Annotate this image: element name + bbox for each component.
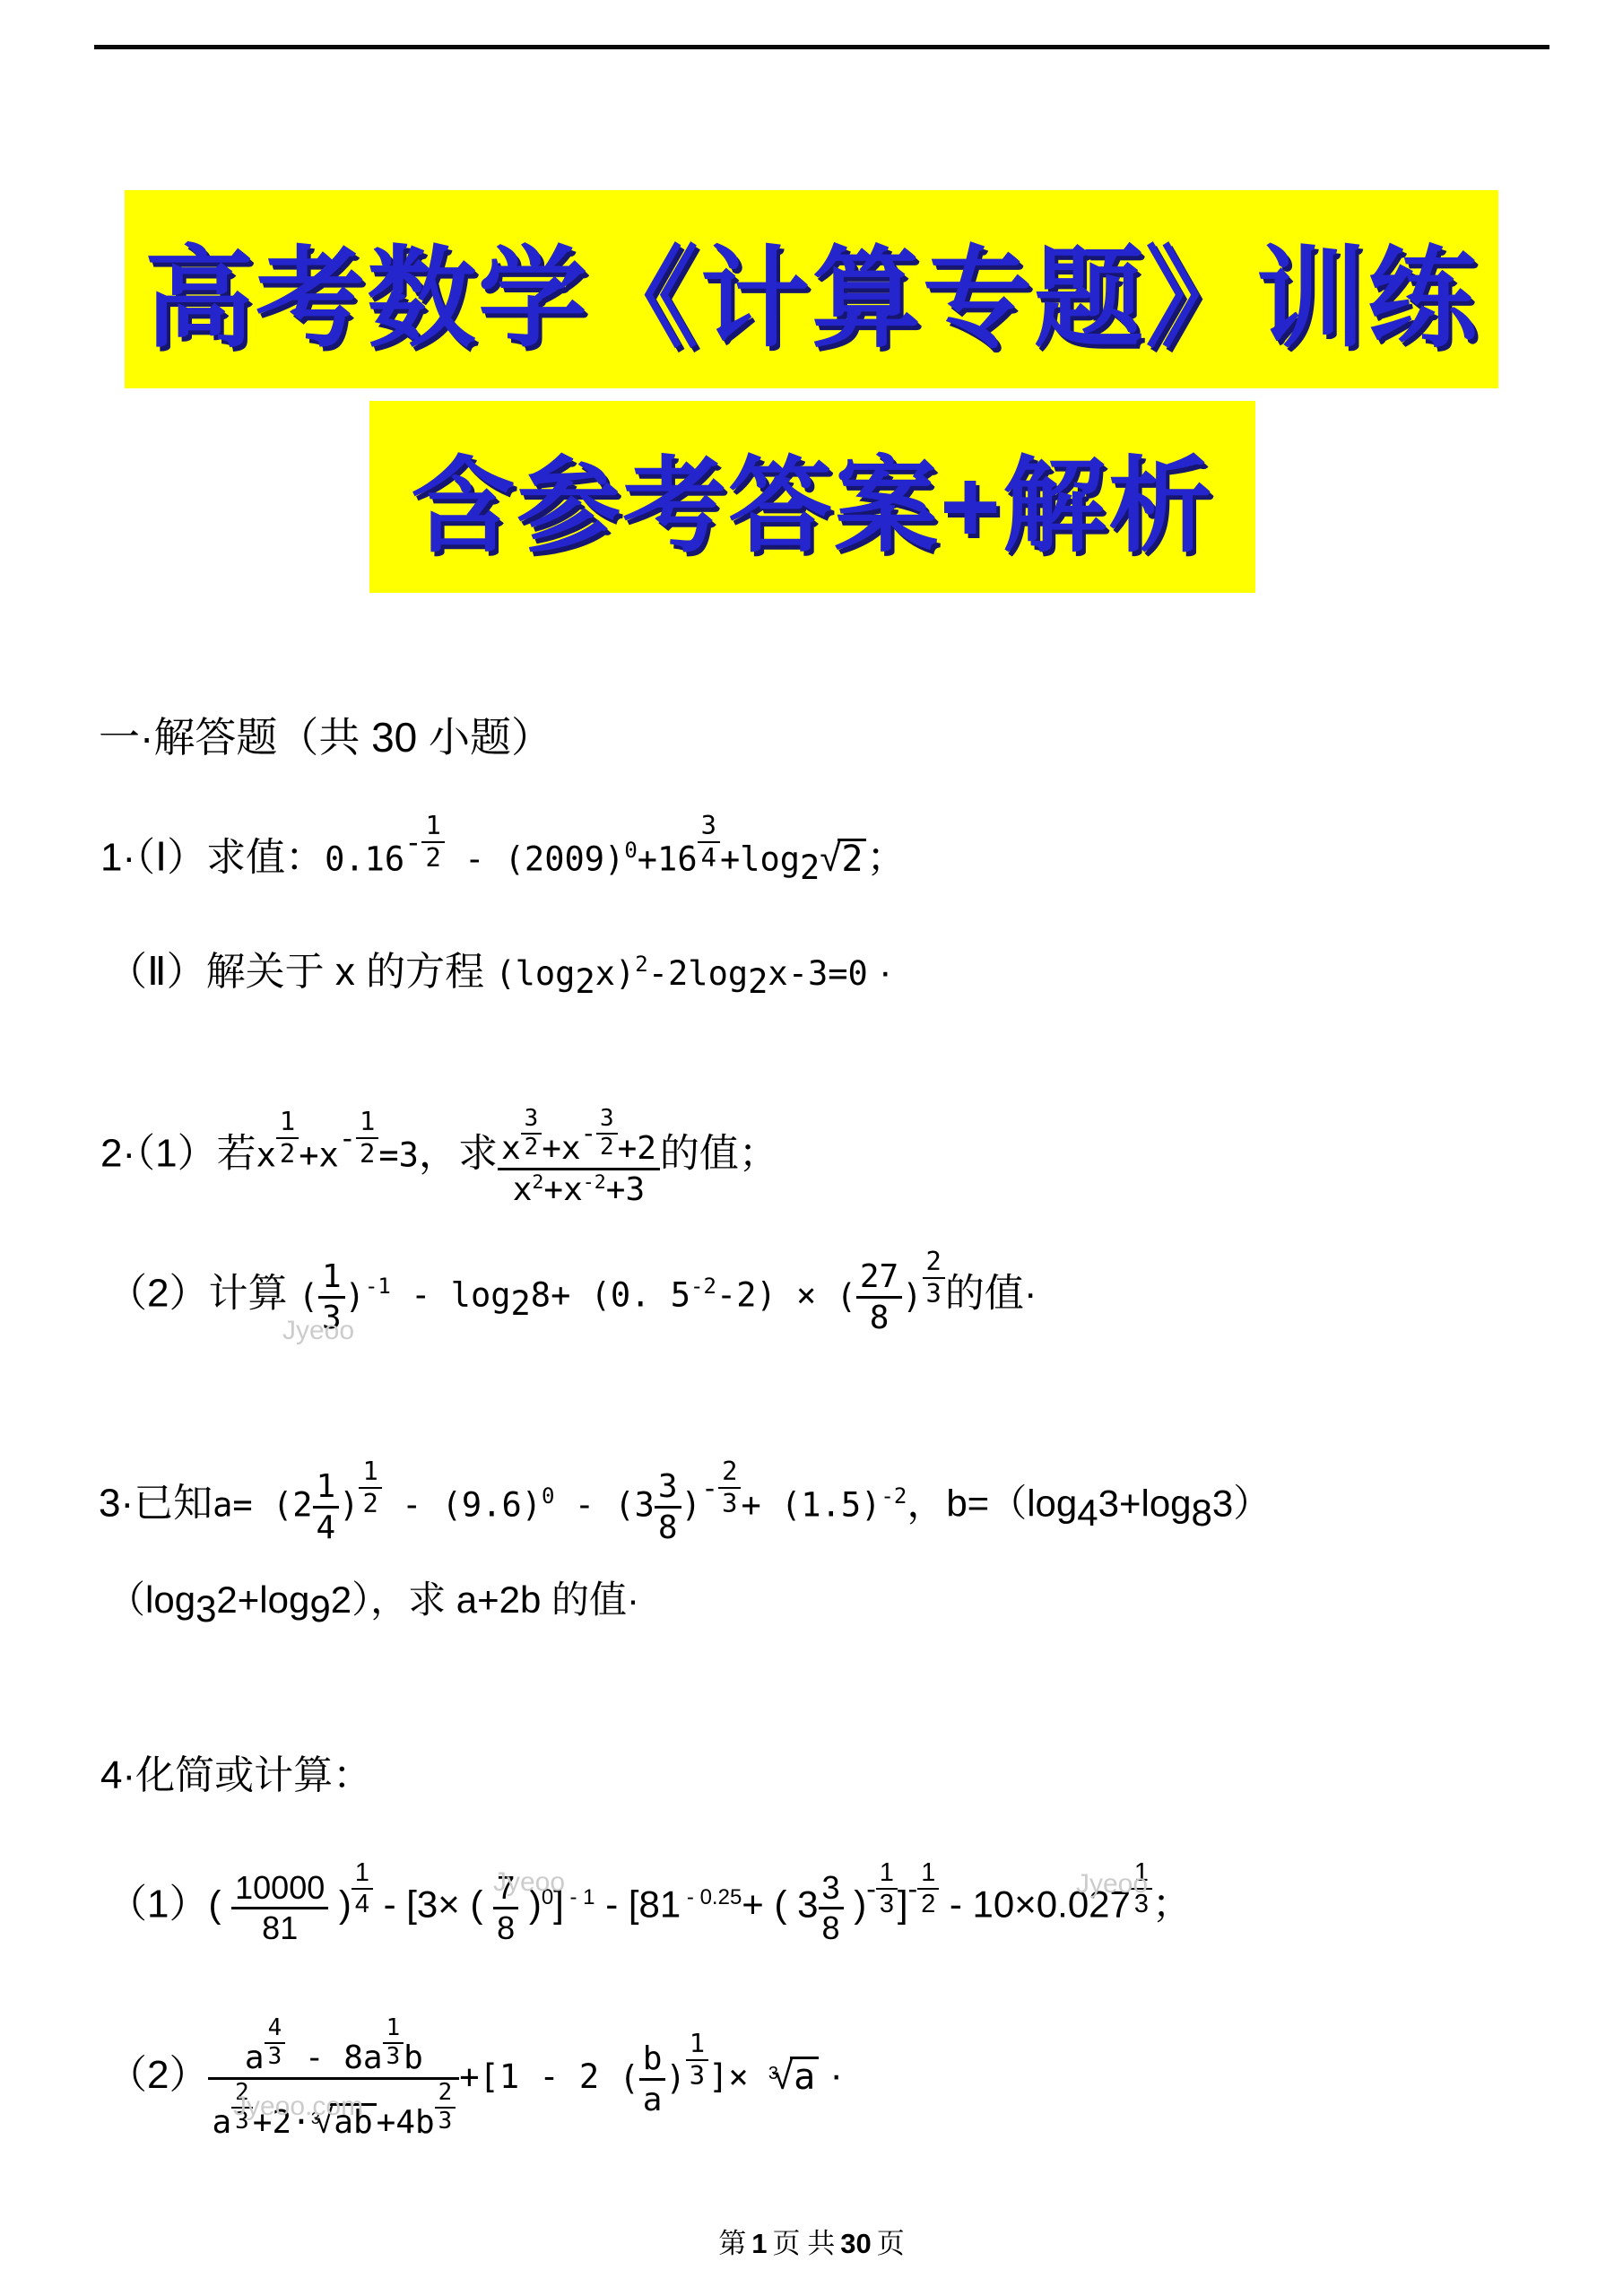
math-text: 2	[926, 1246, 942, 1276]
document-page: 高考数学《计算专题》训练 含参考答案+解析 一·解答题（共 30 小题） 1·（…	[0, 0, 1623, 2296]
fraction: 12	[917, 1858, 939, 1919]
math-text: )	[844, 1883, 867, 1926]
math-text: - 10×0.027	[939, 1883, 1131, 1926]
denominator: 2	[359, 1489, 381, 1519]
numerator: 2	[718, 1457, 741, 1489]
math-text: 1	[425, 810, 440, 840]
math-text: 3	[822, 1869, 840, 1906]
math-text: ]×	[708, 2058, 768, 2097]
subscript: 2	[800, 848, 820, 889]
problem-4-part-2: （2）a43 - 8a13ba23+2·3√ab+4b23+[1 - 2 (ba…	[108, 1984, 843, 2174]
paren: )	[902, 1277, 922, 1316]
math-text: (log	[495, 954, 575, 993]
fraction: 13	[1131, 1858, 1152, 1919]
footer-page-number: 1	[751, 2228, 767, 2259]
exponent: 43	[265, 2015, 286, 2071]
text-run: ；	[1152, 1883, 1192, 1926]
exponent: 2	[532, 1172, 543, 1195]
math-text: 8	[822, 1909, 840, 1946]
math-text: a	[212, 2104, 231, 2141]
root-index: 3	[768, 2063, 778, 2085]
math-text: +x	[299, 1136, 339, 1175]
math-text: a	[643, 2082, 663, 2118]
denominator: 2	[356, 1139, 378, 1170]
denominator: 2	[276, 1139, 299, 1170]
paren: (	[299, 1277, 318, 1316]
math-text: 27	[860, 1258, 898, 1295]
minus-sign: -	[866, 1873, 876, 1905]
subscript: 4	[1077, 1490, 1098, 1537]
numerator: 1	[318, 1257, 345, 1298]
denominator: a23+2·3√ab+4b23	[208, 2080, 459, 2143]
exponent: -32	[581, 1106, 618, 1161]
math-text: - (3	[555, 1486, 655, 1525]
title-banner: 高考数学《计算专题》训练	[125, 190, 1498, 388]
numerator: 1	[356, 1107, 378, 1139]
text-run: 的值·	[945, 1272, 1037, 1316]
exponent: 0	[542, 1884, 553, 1911]
text-run: ·	[868, 950, 892, 994]
exponent: -12	[404, 811, 445, 874]
root-index: 3	[311, 2109, 320, 2128]
fraction: 13	[383, 2015, 404, 2071]
footer-prefix: 第	[718, 2228, 746, 2259]
numerator: 3	[596, 1106, 618, 1135]
paren: )	[665, 2059, 685, 2098]
radical: √2	[820, 835, 866, 883]
fraction: ba	[639, 2039, 666, 2118]
exponent: 32	[521, 1106, 542, 1161]
radicand: 2	[838, 839, 866, 877]
fraction: 278	[856, 1257, 902, 1336]
subscript: 8	[1192, 1490, 1212, 1537]
minus-sign: -	[701, 1471, 718, 1505]
math-text: )	[681, 1486, 701, 1525]
math-text: a	[794, 2057, 815, 2098]
math-text: )	[518, 1883, 542, 1926]
math-text: - 8a	[285, 2040, 382, 2077]
math-text: x	[513, 1171, 533, 1208]
math-text: 2），求 a+2b 的值·	[331, 1578, 639, 1621]
fraction: 13	[318, 1257, 345, 1336]
fraction: 13	[686, 2029, 708, 2092]
denominator: 2	[421, 843, 444, 874]
problem-3-part-1: 3·已知a= (214)12 - (9.6)0 - (338)-23+ (1.5…	[99, 1426, 1271, 1577]
exponent: 13	[383, 2015, 404, 2071]
math-text: 8+ (0. 5	[531, 1276, 690, 1315]
problem-3-part-2-content: （log32+log92），求 a+2b 的值·	[108, 1577, 639, 1633]
subscript: 9	[309, 1586, 330, 1633]
denominator: 3	[923, 1279, 945, 1309]
problem-3-part-2: （log32+log92），求 a+2b 的值·	[108, 1575, 639, 1634]
section-heading: 一·解答题（共 30 小题）	[99, 705, 552, 764]
exponent: -12	[908, 1858, 940, 1919]
denominator: 3	[876, 1890, 898, 1919]
fraction: 38	[819, 1869, 844, 1946]
math-text: 2	[362, 1488, 378, 1518]
math-text: b	[404, 2040, 423, 2077]
math-text: +x	[543, 1171, 582, 1208]
math-text: 3	[438, 2108, 453, 2135]
math-text: 1	[322, 1258, 342, 1295]
exponent: 2	[635, 951, 647, 978]
denominator: 4	[352, 1890, 373, 1919]
math-text: + (1.5)	[741, 1486, 881, 1525]
math-text: =3	[378, 1136, 419, 1175]
fraction: 78	[493, 1869, 518, 1946]
subscript: 2	[748, 961, 768, 1003]
math-text: 1	[355, 1858, 369, 1887]
math-text: 3	[235, 2108, 249, 2135]
math-text: 1	[360, 1106, 375, 1136]
radical: 3√ab	[311, 2103, 377, 2142]
denominator: 8	[819, 1909, 844, 1946]
math-text: x-3=0	[768, 954, 867, 993]
numerator: 1	[313, 1467, 340, 1508]
math-text: +16	[638, 840, 698, 879]
fraction: 32	[596, 1106, 618, 1161]
fraction: 23	[435, 2080, 456, 2135]
problem-4-part-1: （1）( 1000081 )14Jyeoo - [3× ( 78 )0] - 1…	[108, 1830, 1192, 1975]
problem-1-part-2: （Ⅱ）解关于 x 的方程 (log2x)2-2log2x-3=0 ·	[108, 926, 892, 1024]
footer-total-pages: 30	[840, 2228, 871, 2259]
numerator: 3	[655, 1467, 681, 1508]
text-run: （1）	[108, 1883, 208, 1926]
exponent: 12	[359, 1457, 381, 1519]
denominator: 3	[1131, 1890, 1152, 1919]
math-text: 2	[722, 1456, 737, 1486]
numerator: 1	[421, 811, 444, 843]
math-text: 81	[262, 1909, 298, 1946]
problem-2-part-1: 2·（1）若x12+x-12=3，求x32+x-32+2x2+x-2+3的值；	[100, 1067, 778, 1247]
footer-suffix: 页	[877, 2228, 905, 2259]
math-text: 2	[235, 2079, 249, 2106]
math-text: 3	[926, 1278, 942, 1309]
fraction: a43 - 8a13ba23+2·3√ab+4b23	[208, 2015, 459, 2142]
math-text: 1	[362, 1456, 378, 1486]
text-run: 2·（1）若	[100, 1132, 256, 1176]
fraction: 12	[276, 1107, 299, 1170]
problem-2-part-1-content: 2·（1）若x12+x-12=3，求x32+x-32+2x2+x-2+3的值；	[100, 1106, 778, 1208]
exponent: 0	[624, 837, 637, 864]
numerator: a43 - 8a13b	[208, 2015, 459, 2080]
numerator: 3	[819, 1869, 844, 1909]
math-text: +x	[542, 1130, 580, 1167]
denominator: 3	[718, 1489, 741, 1519]
problem-2-part-2: （2）计算 (13)-1 - log28+ (0. 5-2-2) × (278)…	[108, 1224, 1037, 1359]
math-text: 3	[722, 1488, 737, 1518]
math-text: x	[501, 1130, 521, 1167]
subtitle-banner: 含参考答案+解析	[369, 401, 1255, 593]
denominator: 81	[231, 1909, 328, 1946]
denominator: 2	[521, 1135, 542, 1161]
exponent: -13	[866, 1858, 898, 1919]
fraction: 12	[356, 1107, 378, 1170]
math-text: +3	[606, 1171, 645, 1208]
math-text: ]	[553, 1883, 564, 1926]
math-text: 1	[690, 2028, 705, 2058]
math-text: 3	[268, 2043, 282, 2070]
math-text: 7	[497, 1869, 515, 1906]
text-run: ；	[866, 836, 906, 880]
footer-middle: 页 共	[773, 2228, 836, 2259]
denominator: 2	[917, 1890, 939, 1919]
text-run: ，求	[419, 1132, 498, 1176]
numerator: 3	[521, 1106, 542, 1135]
text-run: （2）	[108, 2054, 208, 2098]
math-text: 3	[690, 2060, 705, 2091]
minus-sign: -	[339, 1121, 356, 1155]
numerator: 1	[876, 1858, 898, 1890]
math-text: 2	[525, 1134, 539, 1161]
math-text: 3	[880, 1890, 894, 1918]
text-run: ·	[819, 2054, 843, 2098]
math-text: 1	[921, 1858, 935, 1887]
numerator: 1	[276, 1107, 299, 1139]
exponent: 12	[276, 1107, 299, 1170]
math-text: 2	[438, 2079, 453, 2106]
fraction: 14	[352, 1858, 373, 1919]
exponent: 0	[542, 1483, 554, 1509]
problem-2-part-2-content: （2）计算 (13)-1 - log28+ (0. 5-2-2) × (278)…	[108, 1247, 1037, 1336]
radicand: a	[790, 2057, 819, 2095]
problem-4-heading-content: 4·化简或计算：	[100, 1751, 372, 1800]
page-footer: 第1页 共30页	[0, 2221, 1623, 2261]
denominator: 4	[698, 843, 720, 874]
math-text: (	[208, 1883, 231, 1926]
math-text: -2) ×	[716, 1276, 837, 1315]
paren: (	[620, 2059, 639, 2098]
math-text: 2	[921, 1890, 935, 1918]
math-text: a	[245, 2040, 265, 2077]
exponent: -2	[583, 1172, 606, 1195]
numerator: 10000	[231, 1869, 328, 1909]
problem-4-part-1-content: （1）( 1000081 )14Jyeoo - [3× ( 78 )0] - 1…	[108, 1858, 1192, 1946]
radicand: ab	[330, 2103, 376, 2139]
math-text: b=（log	[946, 1483, 1077, 1525]
paren: (	[837, 1277, 856, 1316]
fraction: 34	[698, 811, 720, 874]
math-text: - [3× (	[373, 1883, 493, 1926]
math-text: - log	[391, 1276, 511, 1315]
math-text: b	[643, 2040, 663, 2077]
math-text: 1	[280, 1106, 295, 1136]
math-text: 3+log	[1098, 1483, 1192, 1525]
fraction: 1000081	[231, 1869, 328, 1946]
subscript: 2	[575, 961, 595, 1003]
math-text: 4	[317, 1509, 336, 1546]
denominator: 8	[655, 1509, 681, 1546]
math-text: 8	[497, 1909, 515, 1946]
exponent: 13	[1131, 1858, 1152, 1919]
math-text: 3	[386, 2043, 401, 2070]
math-text: 1	[386, 2014, 401, 2041]
problem-3-part-1-content: 3·已知a= (214)12 - (9.6)0 - (338)-23+ (1.5…	[99, 1457, 1271, 1546]
math-text: ]	[898, 1883, 908, 1926]
math-text: - [81	[595, 1883, 681, 1926]
exponent: 23	[231, 2080, 253, 2135]
page-subtitle: 含参考答案+解析	[411, 422, 1214, 572]
fraction: 23	[718, 1457, 741, 1519]
math-text: 3	[1134, 1890, 1149, 1918]
math-text: +log	[720, 840, 800, 879]
math-text: 3	[701, 810, 716, 840]
math-text: - (2009)	[445, 840, 624, 879]
denominator: 3	[686, 2061, 708, 2092]
problem-1-part-1-content: 1·（Ⅰ）求值：0.16-12 - (2009)0+1634+log2√2；	[100, 811, 906, 889]
math-text: 3	[322, 1300, 342, 1336]
math-text: - (9.6)	[382, 1486, 542, 1525]
math-text: 4	[355, 1890, 369, 1918]
math-text: 10000	[235, 1869, 325, 1906]
denominator: 3	[231, 2109, 253, 2135]
denominator: 2	[596, 1135, 618, 1161]
numerator: 1	[1131, 1858, 1152, 1890]
text-run: 的值；	[660, 1132, 778, 1176]
exponent: -1	[365, 1273, 391, 1300]
denominator: 3	[383, 2044, 404, 2071]
page-title: 高考数学《计算专题》训练	[144, 211, 1479, 368]
denominator: 3	[265, 2044, 286, 2071]
numerator: 2	[923, 1247, 945, 1279]
fraction: 43	[265, 2015, 286, 2071]
math-text: 1	[1134, 1858, 1149, 1887]
math-text: + ( 3	[742, 1883, 818, 1926]
text-run: 3·已知	[99, 1482, 213, 1526]
denominator: 3	[318, 1299, 345, 1336]
fraction: 38	[655, 1467, 681, 1546]
denominator: 4	[313, 1509, 340, 1546]
fraction: 32	[521, 1106, 542, 1161]
problem-4-heading: 4·化简或计算：	[100, 1747, 372, 1803]
fraction: 13	[876, 1858, 898, 1919]
math-text: 8	[870, 1300, 890, 1336]
denominator: 3	[435, 2109, 456, 2135]
denominator: 8	[856, 1299, 902, 1336]
numerator: 1	[917, 1858, 939, 1890]
numerator: b	[639, 2039, 666, 2080]
math-text: 2	[360, 1138, 375, 1169]
denominator: 8	[493, 1909, 518, 1946]
radical: 3√a	[768, 2053, 819, 2100]
numerator: 1	[686, 2029, 708, 2061]
math-text: +4b	[377, 2104, 435, 2141]
numerator: 2	[435, 2080, 456, 2109]
numerator: 3	[698, 811, 720, 843]
numerator: 7	[493, 1869, 518, 1909]
math-text: 1	[317, 1468, 336, 1505]
numerator: 2	[231, 2080, 253, 2109]
exponent: 23	[923, 1247, 945, 1309]
fraction: 14	[313, 1467, 340, 1546]
subscript: 3	[195, 1586, 216, 1633]
minus-sign: -	[908, 1873, 918, 1905]
math-text: )	[339, 1486, 359, 1525]
math-text: 3）	[1212, 1483, 1271, 1525]
paren: )	[345, 1277, 365, 1316]
minus-sign: -	[404, 825, 421, 859]
text-run: ，	[907, 1482, 946, 1526]
exponent: 34	[698, 811, 720, 874]
top-rule	[94, 45, 1549, 49]
math-text: 2	[841, 839, 863, 880]
fraction: 23	[231, 2080, 253, 2135]
math-text: +[1 - 2	[459, 2058, 619, 2097]
fraction: 12	[359, 1457, 381, 1519]
exponent: -12	[339, 1107, 379, 1170]
fraction: 12	[421, 811, 444, 874]
math-text: +2·	[253, 2104, 311, 2141]
problem-4-part-2-content: （2）a43 - 8a13ba23+2·3√ab+4b23+[1 - 2 (ba…	[108, 2015, 843, 2142]
denominator: x2+x-2+3	[498, 1170, 660, 1208]
fraction: 23	[923, 1247, 945, 1309]
numerator: 4	[265, 2015, 286, 2044]
math-text: 3	[658, 1468, 678, 1505]
text-run: （Ⅱ）解关于 x 的方程	[108, 950, 495, 994]
exponent: -2	[690, 1273, 716, 1300]
math-text: （log	[108, 1578, 195, 1621]
math-text: +2	[618, 1130, 656, 1167]
exponent: - 0.25	[681, 1884, 742, 1911]
text-run: 4·化简或计算：	[100, 1753, 372, 1797]
math-text: 3	[600, 1105, 614, 1132]
math-text: )	[328, 1883, 352, 1926]
fraction: x32+x-32+2x2+x-2+3	[498, 1106, 660, 1208]
math-text: 2+log	[216, 1578, 309, 1621]
exponent: 23	[435, 2080, 456, 2135]
exponent: 14	[352, 1858, 373, 1919]
math-text: 0.16	[325, 840, 404, 879]
problem-1-part-2-content: （Ⅱ）解关于 x 的方程 (log2x)2-2log2x-3=0 ·	[108, 947, 892, 1004]
math-text: x)	[595, 954, 636, 993]
numerator: 27	[856, 1257, 902, 1298]
math-text: 4	[701, 842, 716, 873]
math-text: 8	[658, 1509, 678, 1546]
text-run: 1·（Ⅰ）求值：	[100, 836, 325, 880]
subscript: 2	[511, 1283, 531, 1325]
exponent: 13	[686, 2029, 708, 2092]
math-text: a= (2	[213, 1486, 312, 1525]
numerator: 1	[383, 2015, 404, 2044]
math-text: 2	[425, 842, 440, 873]
exponent: - 1	[564, 1884, 595, 1911]
minus-sign: -	[581, 1118, 596, 1148]
math-text: x	[256, 1136, 276, 1175]
problem-1-part-1: 1·（Ⅰ）求值：0.16-12 - (2009)0+1634+log2√2；	[100, 776, 906, 924]
math-text: 2	[600, 1134, 614, 1161]
math-text: 4	[268, 2014, 282, 2041]
math-text: 1	[880, 1858, 894, 1887]
numerator: x32+x-32+2	[498, 1106, 660, 1170]
numerator: 1	[352, 1858, 373, 1890]
math-text: 3	[525, 1105, 539, 1132]
math-text: 2	[280, 1138, 295, 1169]
exponent: -23	[701, 1457, 742, 1519]
math-text: -2log	[648, 954, 748, 993]
denominator: a	[639, 2081, 666, 2118]
text-run: （2）计算	[108, 1272, 299, 1316]
numerator: 1	[359, 1457, 381, 1489]
exponent: -2	[881, 1483, 907, 1509]
math-text: ab	[334, 2104, 372, 2141]
